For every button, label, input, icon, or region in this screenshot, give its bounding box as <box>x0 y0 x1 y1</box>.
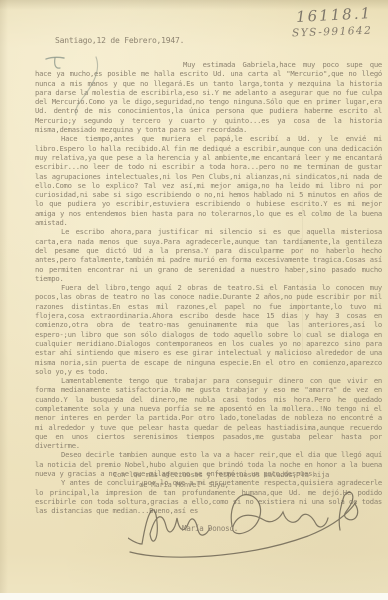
paragraph: Lamentablemente tengo que trabajar para … <box>35 376 382 450</box>
closing-salutation: Con los mas afectuosos y respetuosos sal… <box>35 470 382 489</box>
closing-line: de María Monvel" Suya, <box>139 480 382 490</box>
letter-page: 16118.1 SYS-991642 Santiago,12 de Febrer… <box>0 0 388 600</box>
archival-catalog-number: 16118.1 <box>296 4 373 26</box>
letter-body: Muy estimada Gabriela,hace muy poco supe… <box>35 60 382 516</box>
scan-edge-strip <box>0 593 388 600</box>
dateline: Santiago,12 de Febrero,1947. <box>55 36 184 45</box>
closing-line: Con los mas afectuosos y respetuosos sal… <box>113 470 382 480</box>
paragraph: Fuera del libro,tengo aquí 2 obras de te… <box>35 283 382 376</box>
scan-edge-shadow-left <box>0 0 8 600</box>
paragraph: Le escribo ahora,para justificar mi sile… <box>35 227 382 283</box>
archival-sys-number: SYS-991642 <box>292 25 373 40</box>
paragraph: Hace tiempo,antes que muriera el papá,le… <box>35 134 382 227</box>
paragraph: Muy estimada Gabriela,hace muy poco supe… <box>35 60 382 134</box>
typed-signature-name: María Donoso. <box>182 524 238 533</box>
